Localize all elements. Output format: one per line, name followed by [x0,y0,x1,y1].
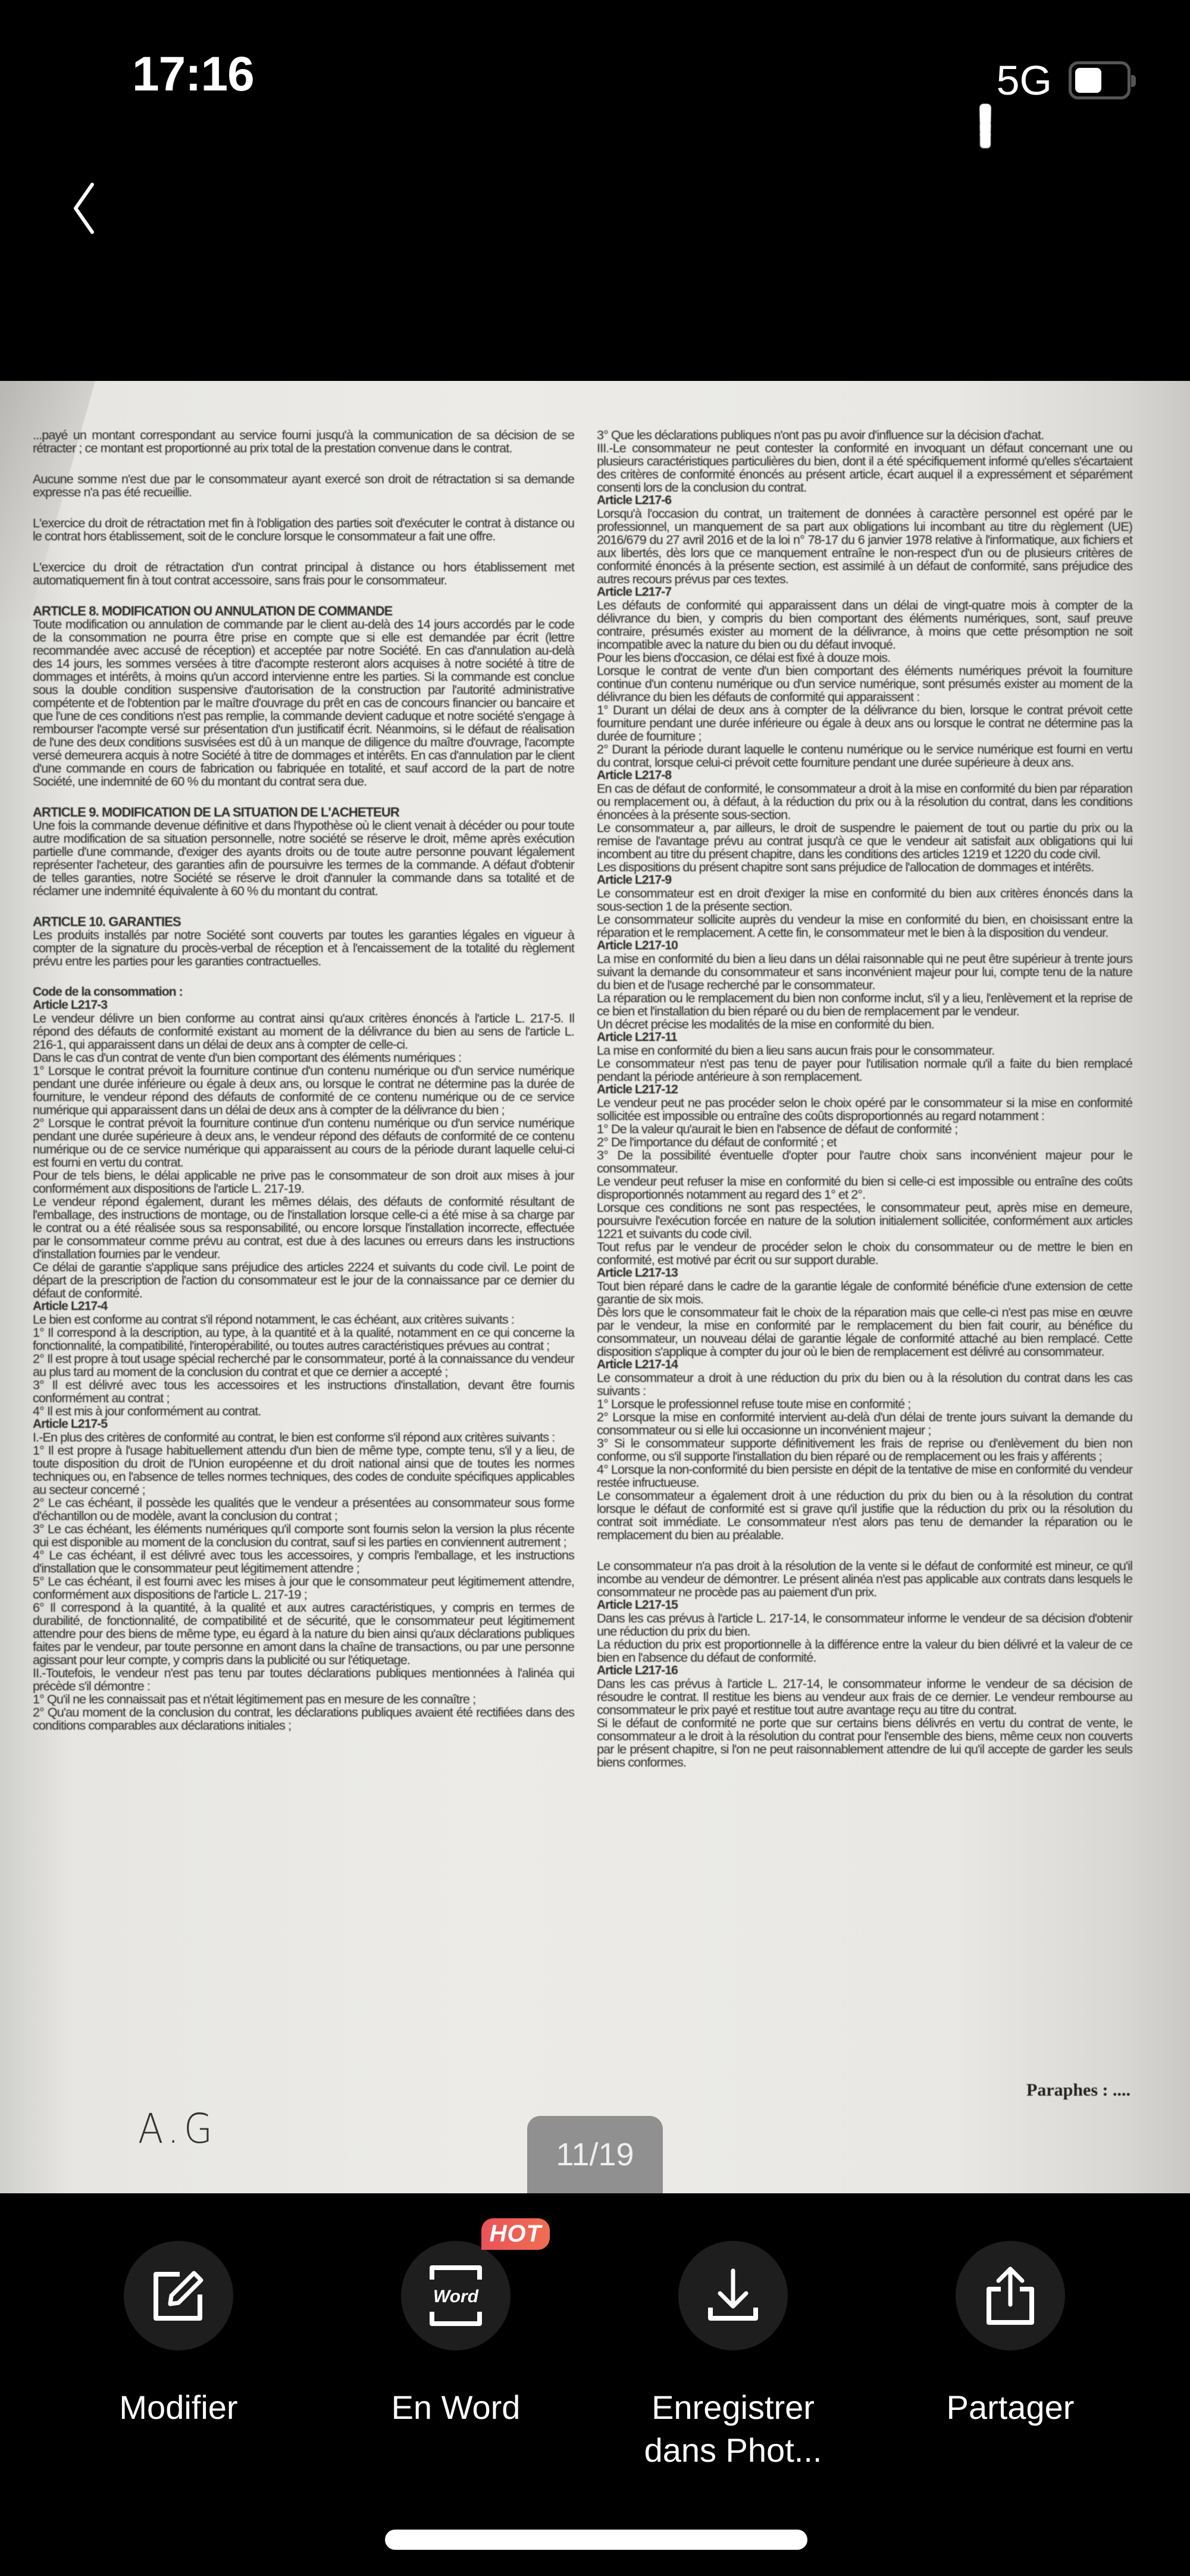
save-label: Enregistrer dans Phot... [644,2386,822,2472]
chevron-left-icon [68,182,98,235]
document-heading: Code de la consommation : [33,986,574,999]
document-paragraph: 1° Qu'il ne les connaissait pas et n'éta… [33,1693,574,1706]
document-paragraph: Le consommateur n'a pas droit à la résol… [597,1559,1132,1599]
document-paragraph: Le vendeur répond également, durant les … [33,1195,574,1261]
home-indicator[interactable] [385,2530,807,2550]
document-paragraph: 2° De l'importance du défaut de conformi… [597,1136,1132,1149]
document-heading: Article L217-12 [597,1083,1132,1096]
download-icon [703,2266,763,2325]
paragraph-gap [33,587,574,605]
document-paragraph: 2° Le cas échéant, il possède les qualit… [33,1496,574,1523]
document-heading: Article L217-13 [597,1267,1132,1280]
document-paragraph: La réduction du prix est proportionnelle… [597,1638,1132,1664]
document-paragraph: L'exercice du droit de rétractation d'un… [33,561,574,587]
modify-button[interactable]: Modifier [71,2241,286,2429]
document-heading: Article L217-16 [597,1664,1132,1677]
document-paragraph: Tout refus par le vendeur de procéder se… [597,1240,1132,1267]
document-paragraph: Tout bien réparé dans le cadre de la gar… [597,1280,1132,1306]
document-paragraph: L'exercice du droit de rétractation met … [33,517,574,543]
document-paragraph: II.-Toutefois, le vendeur n'est pas tenu… [33,1667,574,1693]
document-heading: Article L217-9 [597,874,1132,887]
document-left-column: ...payé un montant correspondant au serv… [33,429,574,1732]
document-paragraph: 2° Il est propre à tout usage spécial re… [33,1352,574,1378]
document-paragraph: Le vendeur délivre un bien conforme au c… [33,1012,574,1051]
document-paragraph: 4° Lorsque la non-conformité du bien per… [597,1463,1132,1489]
document-paragraph: 3° Si le consommateur supporte définitiv… [597,1437,1132,1463]
document-paragraph: Un décret précise les modalités de la mi… [597,1018,1132,1031]
document-paragraph: Le consommateur est en droit d'exiger la… [597,887,1132,913]
paragraph-gap [33,898,574,915]
document-paragraph: Dès lors que le consommateur fait le cho… [597,1306,1132,1358]
document-paragraph: 1° Lorsque le contrat prévoit la fournit… [33,1064,574,1117]
document-paragraph: Pour de tels biens, le délai applicable … [33,1169,574,1195]
save-to-photos-button[interactable]: Enregistrer dans Phot... [626,2241,840,2472]
document-paragraph: Le consommateur a droit à une réduction … [597,1371,1132,1398]
document-paragraph: Une fois la commande devenue définitive … [33,819,574,898]
document-paragraph: Ce délai de garantie s'applique sans pré… [33,1261,574,1300]
document-paragraph: Les défauts de conformité qui apparaisse… [597,599,1132,651]
document-paragraph: 1° Il est propre à l'usage habituellemen… [33,1444,574,1496]
battery-icon [1069,61,1130,99]
document-paragraph: 5° Le cas échéant, il est fourni avec le… [33,1575,574,1601]
document-heading: Article L217-14 [597,1358,1132,1371]
document-paragraph: 1° De la valeur qu'aurait le bien en l'a… [597,1123,1132,1136]
paragraph-gap [33,968,574,986]
document-paragraph: III.-Le consommateur ne peut contester l… [597,442,1132,494]
handwritten-initials: A.G [138,2105,217,2152]
document-paragraph: Toute modification ou annulation de comm… [33,618,574,788]
document-heading: Article L217-10 [597,939,1132,952]
document-paragraph: Lorsqu'à l'occasion du contrat, un trait… [597,507,1132,586]
document-paragraph: Aucune somme n'est due par le consommate… [33,473,574,499]
document-paragraph: 4° Le cas échéant, il est délivré avec t… [33,1549,574,1575]
document-paragraph: 3° De la possibilité éventuelle d'opter … [597,1149,1132,1175]
bottom-toolbar: Modifier Word HOT En Word Enregistrer da… [0,2193,1190,2576]
document-heading: Article L217-4 [33,1300,574,1313]
document-paragraph: Dans le cas d'un contrat de vente d'un b… [33,1051,574,1064]
document-paragraph: ...payé un montant correspondant au serv… [33,429,574,455]
back-button[interactable] [59,173,107,244]
convert-to-word-button[interactable]: Word HOT En Word [349,2241,563,2429]
document-paragraph: Le vendeur peut refuser la mise en confo… [597,1175,1132,1201]
document-heading: ARTICLE 10. GARANTIES [33,915,574,929]
svg-text:Word: Word [433,2287,479,2306]
share-label: Partager [947,2386,1075,2429]
status-time: 17:16 [132,46,254,102]
document-paragraph: 2° Qu'au moment de la conclusion du cont… [33,1706,574,1732]
document-paragraph: 3° Que les déclarations publiques n'ont … [597,429,1132,442]
document-paragraph: 2° Lorsque le contrat prévoit la fournit… [33,1117,574,1169]
document-paragraph: Dans les cas prévus à l'article L. 217-1… [597,1612,1132,1638]
paragraph-gap [597,1542,1132,1559]
document-paragraph: 1° Durant un délai de deux ans à compter… [597,704,1132,743]
document-heading: Article L217-11 [597,1031,1132,1044]
document-paragraph: 3° Le cas échéant, les éléments numériqu… [33,1523,574,1549]
document-heading: Article L217-5 [33,1418,574,1431]
document-heading: Article L217-6 [597,494,1132,507]
paragraph-gap [33,543,574,561]
document-viewer[interactable]: ...payé un montant correspondant au serv… [0,381,1190,2193]
document-paragraph: 4° Il est mis à jour conformément au con… [33,1405,574,1418]
document-paragraph: 1° Lorsque le professionnel refuse toute… [597,1398,1132,1411]
document-paragraph: Les produits installés par notre Société… [33,929,574,968]
document-heading: ARTICLE 9. MODIFICATION DE LA SITUATION … [33,806,574,819]
document-paragraph: 3° Il est délivré avec tous les accessoi… [33,1378,574,1405]
document-paragraph: I.-En plus des critères de conformité au… [33,1431,574,1444]
hot-badge: HOT [481,2218,550,2250]
document-paragraph: Si le défaut de conformité ne porte que … [597,1717,1132,1769]
document-paragraph: Dans les cas prévus à l'article L. 217-1… [597,1677,1132,1717]
document-heading: Article L217-3 [33,999,574,1012]
document-paragraph: En cas de défaut de conformité, le conso… [597,782,1132,821]
document-paragraph: La mise en conformité du bien a lieu dan… [597,952,1132,992]
document-paragraph: Pour les biens d'occasion, ce délai est … [597,651,1132,664]
document-paragraph: Les dispositions du présent chapitre son… [597,861,1132,874]
document-paragraph: 6° Il correspond à la quantité, à la qua… [33,1601,574,1667]
network-type: 5G [997,57,1052,104]
document-paragraph: La mise en conformité du bien a lieu san… [597,1044,1132,1057]
document-paragraph: 1° Il correspond à la description, au ty… [33,1326,574,1352]
document-heading: Article L217-7 [597,586,1132,599]
modify-label: Modifier [119,2386,237,2429]
status-icons: 5G [980,57,1130,104]
paragraph-gap [33,788,574,806]
document-heading: Article L217-15 [597,1599,1132,1612]
document-paragraph: Le bien est conforme au contrat s'il rép… [33,1313,574,1326]
document-paragraph: 2° Durant la période durant laquelle le … [597,743,1132,769]
word-icon: Word [426,2263,486,2328]
nav-bar [0,155,1190,381]
document-right-column: 3° Que les déclarations publiques n'ont … [597,429,1132,1769]
document-heading: ARTICLE 8. MODIFICATION OU ANNULATION DE… [33,605,574,618]
document-heading: Article L217-8 [597,769,1132,782]
document-paragraph: Le consommateur n'est pas tenu de payer … [597,1057,1132,1083]
page-indicator: 11/19 [527,2116,663,2193]
paragraph-gap [33,455,574,473]
document-paragraph: 2° Lorsque la mise en conformité intervi… [597,1411,1132,1437]
document-paragraph: Le consommateur a, par ailleurs, le droi… [597,821,1132,861]
edit-icon [149,2266,208,2325]
document-paragraph: La réparation ou le remplacement du bien… [597,992,1132,1018]
status-bar: 17:16 5G [0,0,1190,155]
document-paragraph: Lorsque ces conditions ne sont pas respe… [597,1201,1132,1240]
word-label: En Word [392,2386,521,2429]
paragraph-gap [33,499,574,517]
document-paragraph: Le consommateur sollicite auprès du vend… [597,913,1132,939]
paraphes-label: Paraphes : .... [1026,2080,1130,2100]
share-icon [981,2263,1040,2328]
document-paragraph: Lorsque le contrat de vente d'un bien co… [597,664,1132,704]
document-paragraph: Le vendeur peut ne pas procéder selon le… [597,1096,1132,1123]
document-paragraph: Le consommateur a également droit à une … [597,1489,1132,1542]
share-button[interactable]: Partager [903,2241,1117,2429]
